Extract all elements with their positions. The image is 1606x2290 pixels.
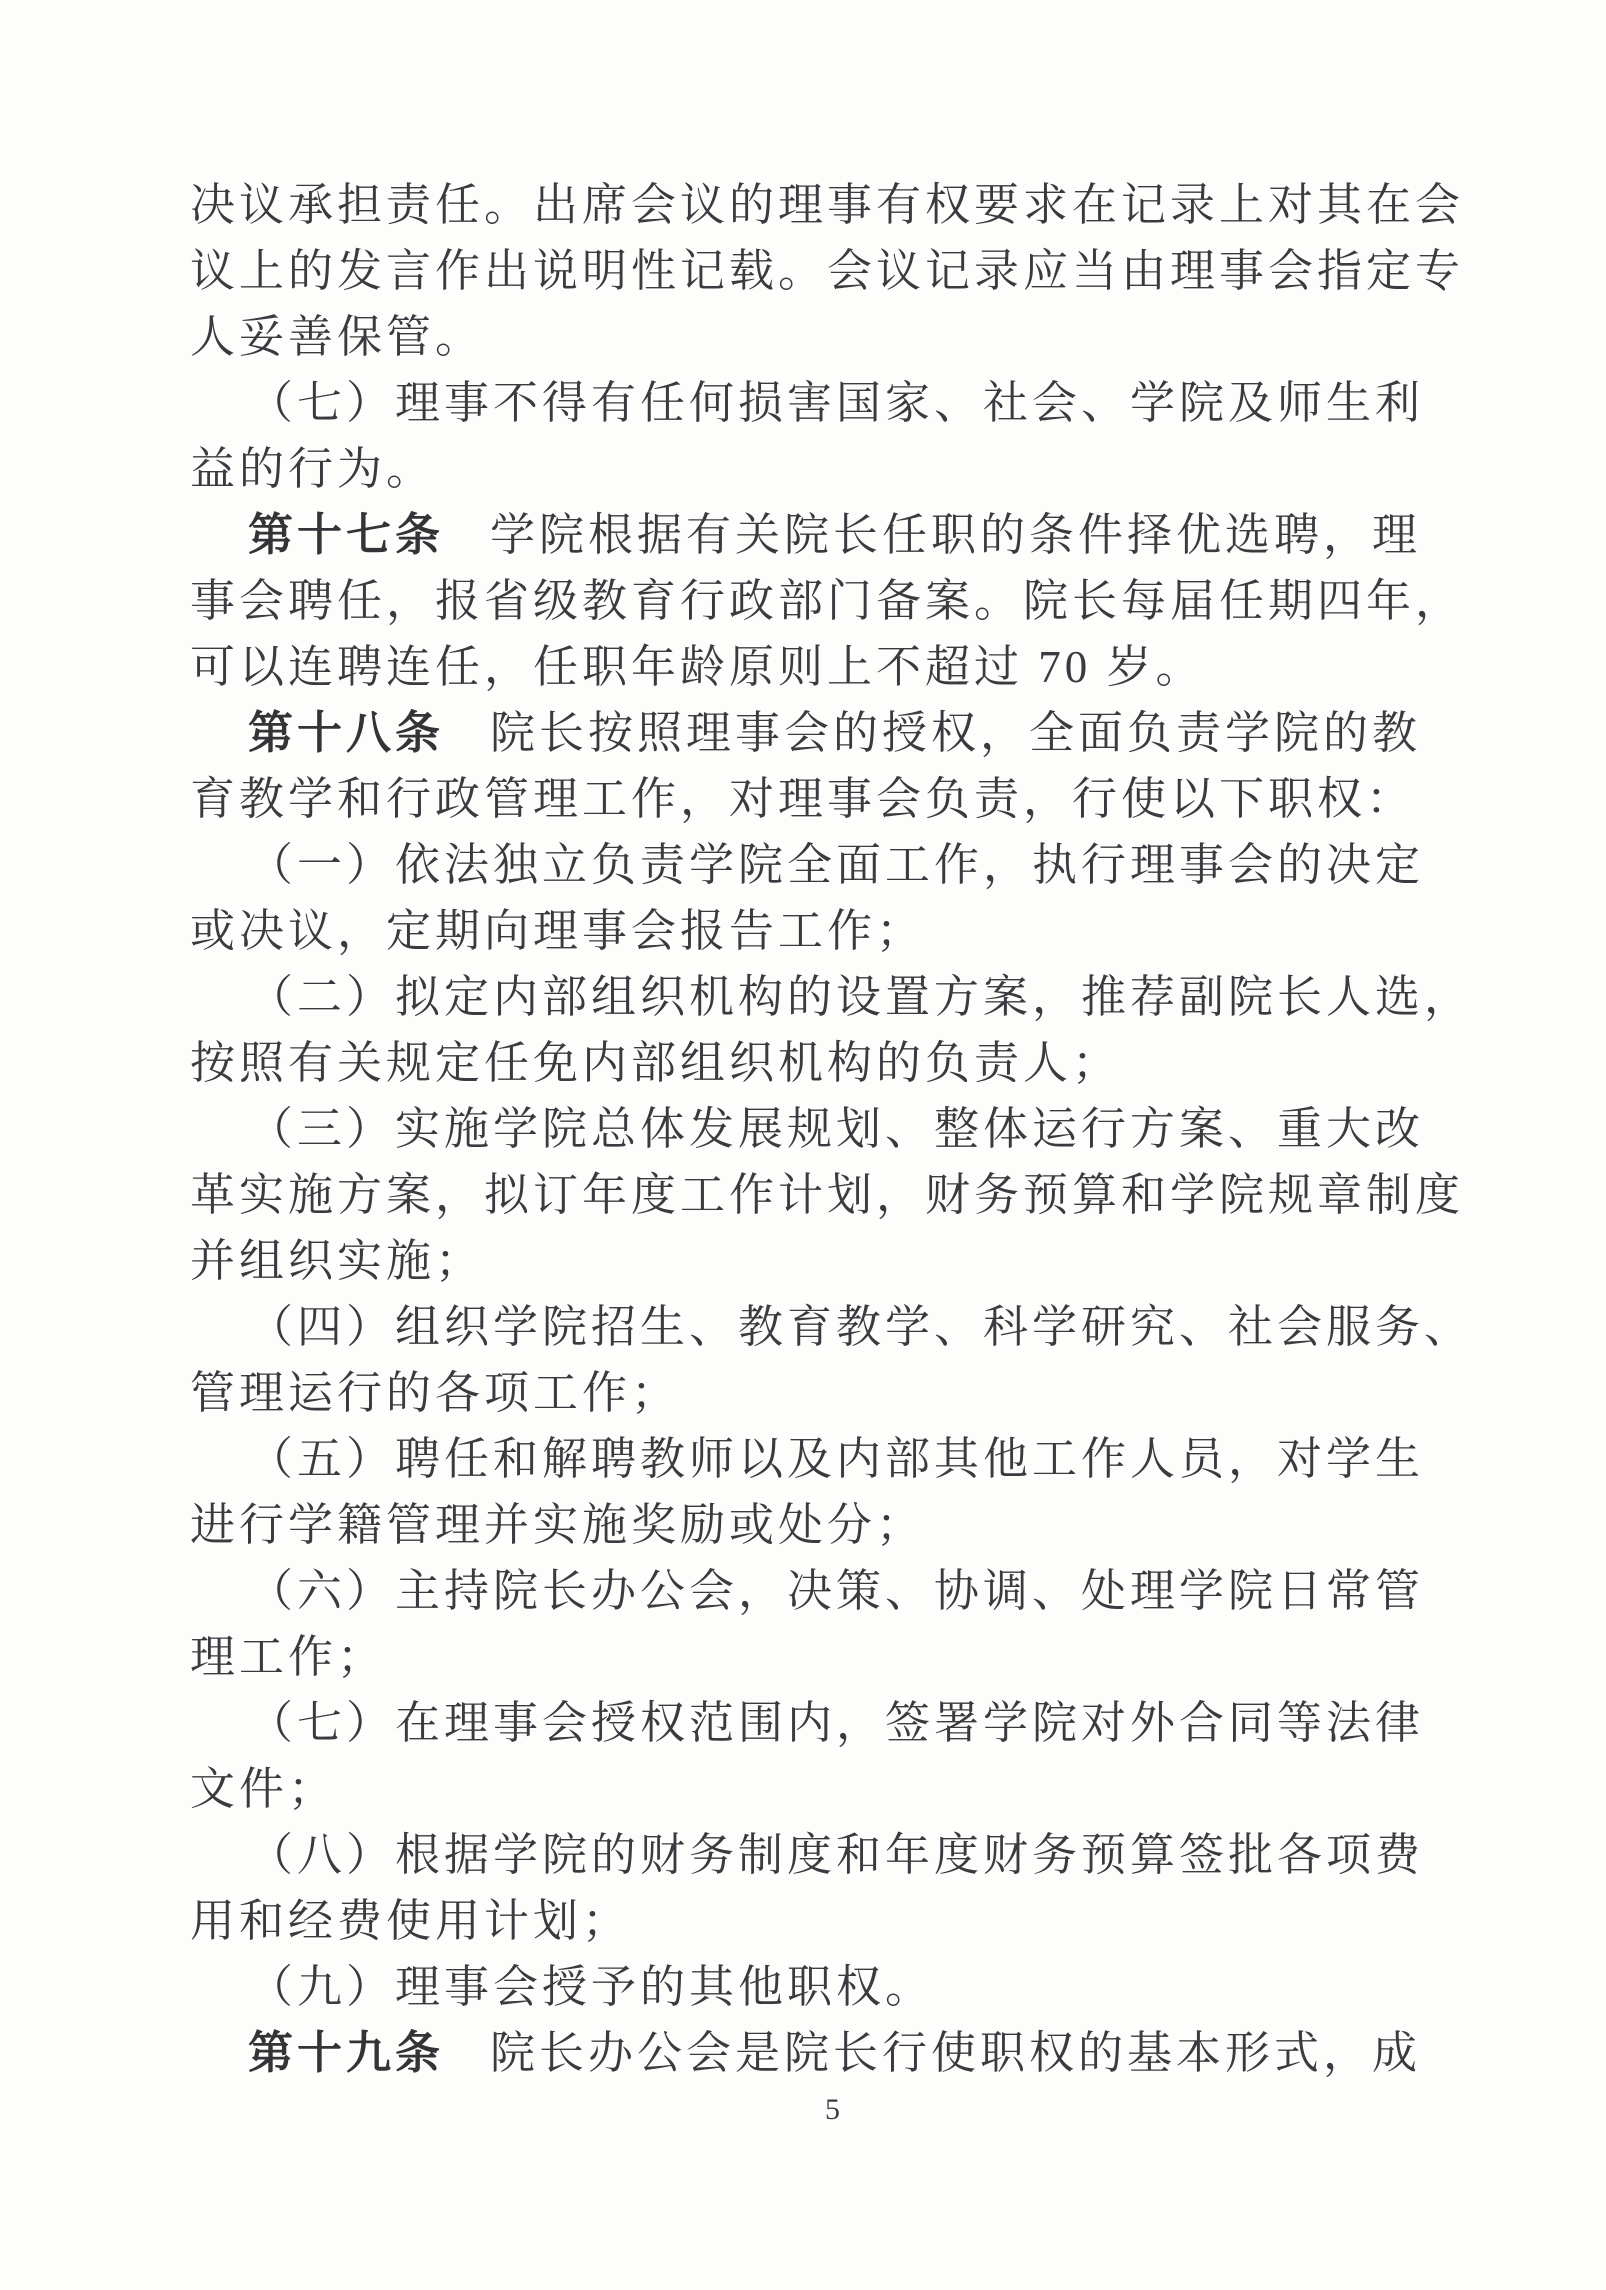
text-line: 按照有关规定任免内部组织机构的负责人；: [190, 1030, 1475, 1096]
line-text: 人妥善保管。: [190, 312, 484, 362]
text-line: 第十八条院长按照理事会的授权，全面负责学院的教: [190, 700, 1475, 766]
text-line: 第十七条学院根据有关院长任职的条件择优选聘，理: [190, 502, 1475, 568]
text-line: （二）拟定内部组织机构的设置方案，推荐副院长人选，: [190, 964, 1475, 1030]
text-line: 可以连聘连任，任职年龄原则上不超过 70 岁。: [190, 634, 1475, 700]
text-line: 议上的发言作出说明性记载。会议记录应当由理事会指定专: [190, 238, 1475, 304]
line-text: 文件；: [190, 1764, 337, 1814]
line-text: 革实施方案，拟订年度工作计划，财务预算和学院规章制度: [190, 1170, 1464, 1220]
line-text: （七）在理事会授权范围内，签署学院对外合同等法律: [248, 1698, 1424, 1748]
text-line: （四）组织学院招生、教育教学、科学研究、社会服务、: [190, 1294, 1475, 1360]
line-text: 或决议，定期向理事会报告工作；: [190, 906, 925, 956]
text-line: （三）实施学院总体发展规划、整体运行方案、重大改: [190, 1096, 1475, 1162]
article-heading: 第十七条: [248, 510, 444, 560]
text-line: 文件；: [190, 1756, 1475, 1822]
text-line: （八）根据学院的财务制度和年度财务预算签批各项费: [190, 1822, 1475, 1888]
text-line: （六）主持院长办公会，决策、协调、处理学院日常管: [190, 1558, 1475, 1624]
line-text: 学院根据有关院长任职的条件择优选聘，理: [490, 510, 1421, 560]
text-line: 或决议，定期向理事会报告工作；: [190, 898, 1475, 964]
page-number: 5: [190, 2092, 1475, 2128]
line-text: （一）依法独立负责学院全面工作，执行理事会的决定: [248, 840, 1424, 890]
line-text: 按照有关规定任免内部组织机构的负责人；: [190, 1038, 1121, 1088]
line-text: （八）根据学院的财务制度和年度财务预算签批各项费: [248, 1830, 1424, 1880]
text-line: 决议承担责任。出席会议的理事有权要求在记录上对其在会: [190, 172, 1475, 238]
line-text: 可以连聘连任，任职年龄原则上不超过 70 岁。: [190, 642, 1205, 692]
text-line: 并组织实施；: [190, 1228, 1475, 1294]
article-heading: 第十八条: [248, 708, 444, 758]
line-text: （六）主持院长办公会，决策、协调、处理学院日常管: [248, 1566, 1424, 1616]
text-line: 事会聘任，报省级教育行政部门备案。院长每届任期四年，: [190, 568, 1475, 634]
document-lines: 决议承担责任。出席会议的理事有权要求在记录上对其在会议上的发言作出说明性记载。会…: [190, 172, 1475, 2086]
text-line: 理工作；: [190, 1624, 1475, 1690]
text-line: 第十九条院长办公会是院长行使职权的基本形式，成: [190, 2020, 1475, 2086]
line-text: （三）实施学院总体发展规划、整体运行方案、重大改: [248, 1104, 1424, 1154]
line-text: 并组织实施；: [190, 1236, 484, 1286]
line-text: 理工作；: [190, 1632, 386, 1682]
line-text: 管理运行的各项工作；: [190, 1368, 680, 1418]
text-line: （七）在理事会授权范围内，签署学院对外合同等法律: [190, 1690, 1475, 1756]
line-text: （七）理事不得有任何损害国家、社会、学院及师生利: [248, 378, 1424, 428]
text-line: （七）理事不得有任何损害国家、社会、学院及师生利: [190, 370, 1475, 436]
document-page: 决议承担责任。出席会议的理事有权要求在记录上对其在会议上的发言作出说明性记载。会…: [0, 0, 1606, 2290]
line-text: 事会聘任，报省级教育行政部门备案。院长每届任期四年，: [190, 576, 1464, 626]
line-text: （五）聘任和解聘教师以及内部其他工作人员，对学生: [248, 1434, 1424, 1484]
line-text: （二）拟定内部组织机构的设置方案，推荐副院长人选，: [248, 972, 1473, 1022]
text-line: 革实施方案，拟订年度工作计划，财务预算和学院规章制度: [190, 1162, 1475, 1228]
line-text: 决议承担责任。出席会议的理事有权要求在记录上对其在会: [190, 180, 1464, 230]
text-line: 益的行为。: [190, 436, 1475, 502]
article-heading: 第十九条: [248, 2028, 444, 2078]
text-line: （五）聘任和解聘教师以及内部其他工作人员，对学生: [190, 1426, 1475, 1492]
text-line: 用和经费使用计划；: [190, 1888, 1475, 1954]
line-text: 益的行为。: [190, 444, 435, 494]
line-text: 院长按照理事会的授权，全面负责学院的教: [490, 708, 1421, 758]
text-line: 育教学和行政管理工作，对理事会负责，行使以下职权：: [190, 766, 1475, 832]
line-text: 议上的发言作出说明性记载。会议记录应当由理事会指定专: [190, 246, 1464, 296]
text-line: 进行学籍管理并实施奖励或处分；: [190, 1492, 1475, 1558]
text-line: （一）依法独立负责学院全面工作，执行理事会的决定: [190, 832, 1475, 898]
text-line: 人妥善保管。: [190, 304, 1475, 370]
line-text: 育教学和行政管理工作，对理事会负责，行使以下职权：: [190, 774, 1415, 824]
line-text: 院长办公会是院长行使职权的基本形式，成: [490, 2028, 1421, 2078]
text-line: 管理运行的各项工作；: [190, 1360, 1475, 1426]
line-text: 用和经费使用计划；: [190, 1896, 631, 1946]
line-text: （九）理事会授予的其他职权。: [248, 1962, 934, 2012]
line-text: 进行学籍管理并实施奖励或处分；: [190, 1500, 925, 1550]
text-line: （九）理事会授予的其他职权。: [190, 1954, 1475, 2020]
line-text: （四）组织学院招生、教育教学、科学研究、社会服务、: [248, 1302, 1473, 1352]
